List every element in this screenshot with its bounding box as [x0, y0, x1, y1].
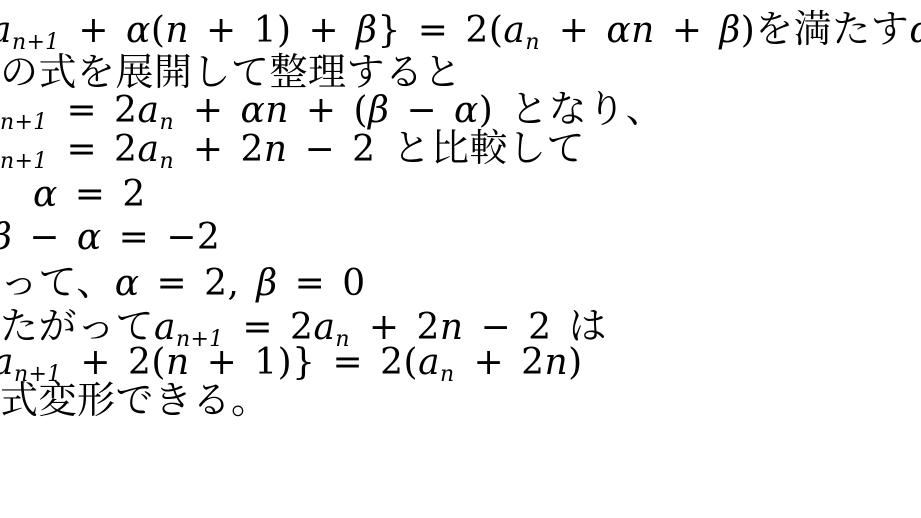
math-variable: α [126, 10, 151, 51]
math-operator-run: = 2 [50, 129, 138, 170]
math-variable: n [166, 342, 190, 383]
math-operator-run: } = 2( [377, 10, 503, 51]
math-variable: a [0, 342, 14, 383]
equation-line-3: n+1 = 2an + αn + (β − α) となり、 [0, 88, 664, 132]
math-variable: α [909, 10, 921, 51]
japanese-text-run: って、 [0, 262, 115, 304]
math-variable: β [0, 217, 12, 258]
math-operator-run: + [542, 10, 607, 51]
equation-line-4: n+1 = 2an + 2n − 2 と比較して [0, 127, 585, 171]
japanese-text-run: と比較して [392, 128, 585, 170]
japanese-text-run: となり、 [510, 89, 664, 131]
math-operator-run: ) [741, 10, 756, 51]
math-variable: α [454, 90, 479, 131]
math-variable: α [115, 263, 140, 304]
math-operator-run: − [12, 217, 77, 258]
japanese-text-run: を満たす [755, 9, 909, 51]
math-variable: β [368, 90, 389, 131]
japanese-text-run: 式変形できる。 [0, 380, 270, 422]
math-operator-run: ( [151, 10, 166, 51]
math-operator-run: + 1) + [189, 10, 356, 51]
math-operator-run: + [655, 10, 720, 51]
math-operator-run: + [61, 10, 126, 51]
math-operator-run: = 0 [278, 263, 366, 304]
equation-line-5: α = 2 [33, 172, 146, 216]
equation-line-6: β − α = −2 [0, 215, 220, 259]
math-operator-run: + 2( [63, 342, 166, 383]
math-subscript: n [159, 149, 173, 174]
math-variable: β [356, 10, 377, 51]
text-line-7: って、α = 2, β = 0 [0, 261, 366, 305]
math-operator-run: + 2 [176, 129, 264, 170]
math-operator-run: ) [568, 342, 583, 383]
math-variable: β [719, 10, 740, 51]
math-operator-run: + 2 [457, 342, 545, 383]
math-variable: a [503, 10, 525, 51]
math-variable: a [418, 342, 440, 383]
math-operator-run: = 2 [58, 174, 146, 215]
math-variable: a [0, 10, 12, 51]
math-variable: α [33, 174, 58, 215]
math-variable: αn [606, 10, 655, 51]
math-variable: n [264, 129, 288, 170]
math-operator-run: − 2 [288, 129, 393, 170]
slide-canvas: an+1 + α(n + 1) + β} = 2(an + αn + β)を満た… [0, 0, 921, 518]
equation-line-1: an+1 + α(n + 1) + β} = 2(an + αn + β)を満た… [0, 8, 921, 52]
math-subscript: n [440, 362, 454, 387]
math-operator-run: + ( [289, 90, 368, 131]
math-variable: a [137, 90, 159, 131]
math-variable: β [256, 263, 277, 304]
math-subscript: n [525, 30, 539, 55]
math-variable: n [544, 342, 568, 383]
text-line-10: 式変形できる。 [0, 379, 270, 423]
math-variable: a [137, 129, 159, 170]
math-operator-run: + 1)} = 2( [190, 342, 418, 383]
math-variable: αn [240, 90, 289, 131]
math-variable: α [77, 217, 102, 258]
math-operator-run: = 2 [50, 90, 138, 131]
math-operator-run: + [176, 90, 241, 131]
math-operator-run: ) [479, 90, 511, 131]
equation-line-9: an+1 + 2(n + 1)} = 2(an + 2n) [0, 340, 583, 384]
math-variable: n [165, 10, 189, 51]
math-operator-run: − [389, 90, 454, 131]
math-operator-run: = 2, [140, 263, 257, 304]
math-operator-run: = −2 [102, 217, 221, 258]
math-subscript: n+1 [0, 149, 48, 174]
